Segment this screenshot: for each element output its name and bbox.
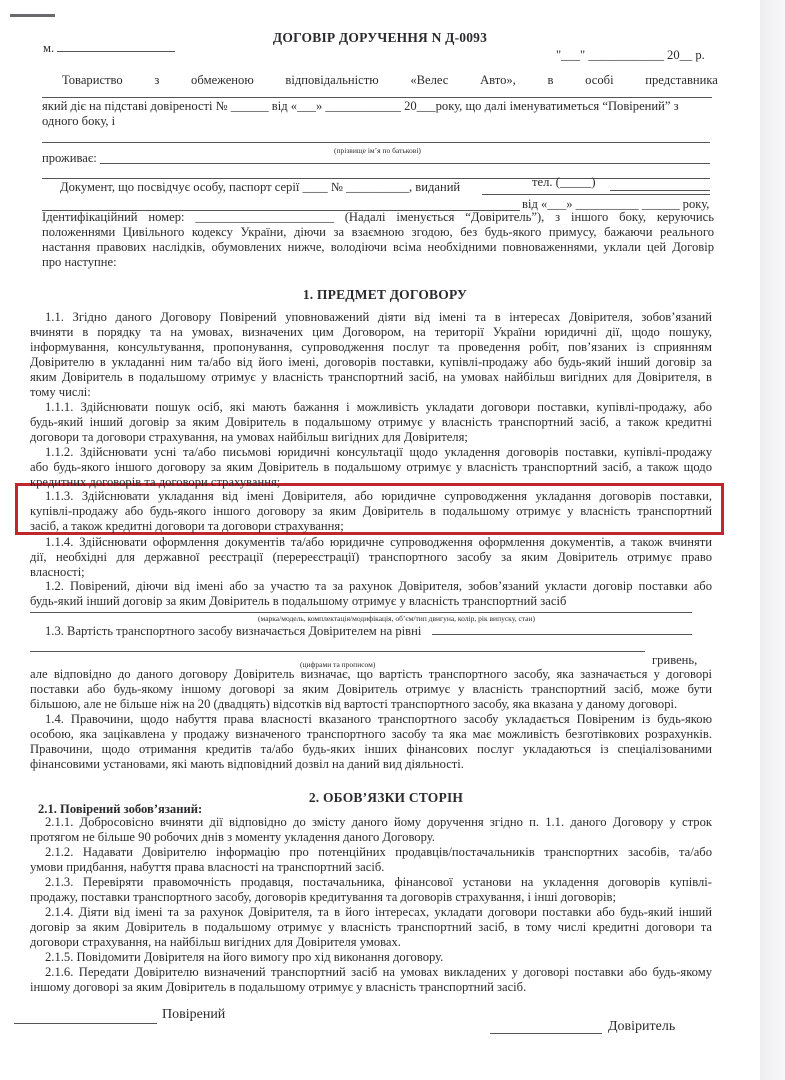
paragraph-line: будь-який інший договір за яким Довірите… bbox=[30, 415, 712, 430]
word: в bbox=[548, 73, 554, 88]
paragraph-line: договори та договори страхування, на умо… bbox=[30, 430, 712, 445]
paragraph-line: 2.1.3. Перевіряти правомочність продавця… bbox=[45, 875, 712, 890]
paragraph-line: 2.1.2. Надавати Довірителю інформацію пр… bbox=[45, 845, 712, 860]
currency-label: гривень, bbox=[652, 653, 712, 668]
word: особі bbox=[585, 73, 613, 88]
scan-mark bbox=[10, 14, 55, 17]
principal-signature-line[interactable] bbox=[490, 1033, 602, 1034]
paragraph-line: 1.4. Правочини, щодо набуття права власн… bbox=[45, 712, 712, 727]
paragraph-line: будь-який інший договір за яким Довірите… bbox=[30, 594, 712, 609]
preamble-line-1: Товариство з обмеженою відповідальністю … bbox=[62, 73, 718, 88]
preamble-line-3: одного боку, і bbox=[42, 114, 727, 129]
fullname-caption: (прізвище ім’я по батькові) bbox=[334, 146, 421, 155]
paragraph-line: іншому договорі за яким Довіритель в под… bbox=[30, 980, 712, 995]
paragraph-line: більшою, але не більше ніж на 20 (двадця… bbox=[30, 697, 712, 712]
paragraph-line: продажу, поставки транспортного засобу, … bbox=[30, 890, 712, 905]
issued-by-field[interactable] bbox=[482, 194, 710, 195]
paragraph-line: але відповідно до даного договору Довіри… bbox=[30, 667, 712, 682]
paragraph-line: купівлі-продажу або будь-якого іншого до… bbox=[30, 504, 712, 519]
price-field[interactable] bbox=[432, 634, 692, 635]
vehicle-caption: (марка/модель, комплектація/модифікація,… bbox=[258, 614, 535, 623]
section-1-heading: 1. ПРЕДМЕТ ДОГОВОРУ bbox=[5, 287, 765, 303]
word: з bbox=[154, 73, 159, 88]
resides-label: проживає: bbox=[42, 151, 102, 166]
paragraph-line: 1.1.1. Здійснювати пошук осіб, які мають… bbox=[45, 400, 712, 415]
paragraph-line: 1.2. Повірений, діючи від імені або за у… bbox=[45, 579, 712, 594]
paragraph-line: поставки або будь-якому іншому договорі … bbox=[30, 682, 712, 697]
paragraph-line: кредитних договорів та договори страхува… bbox=[30, 475, 712, 490]
attorney-signature-line[interactable] bbox=[14, 1023, 157, 1024]
word: відповідальністю bbox=[285, 73, 378, 88]
paragraph-line: 1.1. Згідно даного Договору Повірений уп… bbox=[45, 310, 712, 325]
fullname-field[interactable] bbox=[42, 142, 710, 143]
paragraph-line: фінансовими установами, які мають відпов… bbox=[30, 757, 712, 772]
city-label: м. bbox=[43, 40, 183, 56]
word: представника bbox=[645, 73, 718, 88]
contract-page: ДОГОВІР ДОРУЧЕННЯ N Д-0093 м. "___" ____… bbox=[0, 0, 760, 1080]
tel-field[interactable] bbox=[610, 190, 710, 191]
word: обмеженою bbox=[191, 73, 254, 88]
paragraph-line: 2.1.6. Передати Довірителю визначений тр… bbox=[45, 965, 712, 980]
paragraph-line: умови придбання, набуття права власності… bbox=[30, 860, 712, 875]
paragraph-line: 2.1.1. Добросовісно вчиняти дії відповід… bbox=[45, 815, 712, 830]
id-line: Ідентифікаційний номер: ________________… bbox=[42, 210, 714, 225]
paragraph-line: вчиняти в порядку та на умовах, визначен… bbox=[30, 325, 712, 340]
city-label-text: м. bbox=[43, 41, 54, 55]
paragraph-line: інформування, консультування, пропонуван… bbox=[30, 340, 712, 355]
representative-field[interactable] bbox=[42, 97, 712, 98]
paragraph-line: тому числі: bbox=[30, 385, 712, 400]
paragraph-line: особою, яка зацікавлена у продажу визнач… bbox=[30, 727, 712, 742]
paragraph-line: 1.1.4. Здійснювати оформлення документів… bbox=[45, 535, 712, 550]
scan-edge bbox=[760, 0, 785, 1080]
date-line: "___" ____________ 20__ р. bbox=[556, 48, 726, 63]
vehicle-description-field[interactable] bbox=[30, 612, 692, 613]
address-field-1[interactable] bbox=[100, 163, 710, 164]
price-words-field[interactable] bbox=[30, 651, 645, 652]
word: «Велес bbox=[410, 73, 448, 88]
paragraph-line: 2.1.5. Повідомити Довірителя на його вим… bbox=[45, 950, 712, 965]
paragraph-line: засіб, а також кредитні договори та дого… bbox=[30, 519, 712, 534]
paragraph-line: протягом не більше 90 робочих днів з мом… bbox=[30, 830, 712, 845]
preamble-consequences: настання правових наслідків, обумовлених… bbox=[42, 240, 714, 255]
attorney-label: Повірений bbox=[162, 1007, 225, 1023]
paragraph-line: Довірителю в укладанні ним та/або від йо… bbox=[30, 355, 712, 370]
word: Товариство bbox=[62, 73, 123, 88]
preamble-civil-code: положеннями Цивільного кодексу України, … bbox=[42, 225, 714, 240]
city-field[interactable] bbox=[57, 40, 175, 52]
paragraph-line: 2.1.4. Діяти від імені та за рахунок Дов… bbox=[45, 905, 712, 920]
word: Авто», bbox=[480, 73, 516, 88]
paragraph-line: договір за яким Довіритель в подальшому … bbox=[30, 920, 712, 935]
paragraph-line: 1.1.2. Здійснювати усні та/або письмові … bbox=[45, 445, 712, 460]
preamble-line-2: який діє на підставі довіреності № _____… bbox=[42, 99, 727, 114]
paragraph-line: дії, необхідні для державної реєстрації … bbox=[30, 550, 712, 565]
paragraph-line: або будь-якого іншого договору за яким Д… bbox=[30, 460, 712, 475]
preamble-following: про наступне: bbox=[42, 255, 727, 270]
p1-3-line1: 1.3. Вартість транспортного засобу визна… bbox=[45, 624, 730, 639]
document-line: Документ, що посвідчує особу, паспорт се… bbox=[60, 180, 745, 195]
paragraph-line: договори страхування, на найбільш вигідн… bbox=[30, 935, 712, 950]
paragraph-line: яким Довіритель в подальшому отримує у в… bbox=[30, 370, 712, 385]
principal-label: Довіритель bbox=[608, 1019, 675, 1035]
tel-label: тел. (_____) bbox=[532, 175, 612, 190]
paragraph-line: 1.1.3. Здійснювати укладання від імені Д… bbox=[45, 489, 712, 504]
paragraph-line: Правочини, щодо отримання кредитів та/аб… bbox=[30, 742, 712, 757]
paragraph-line: власності; bbox=[30, 565, 712, 580]
